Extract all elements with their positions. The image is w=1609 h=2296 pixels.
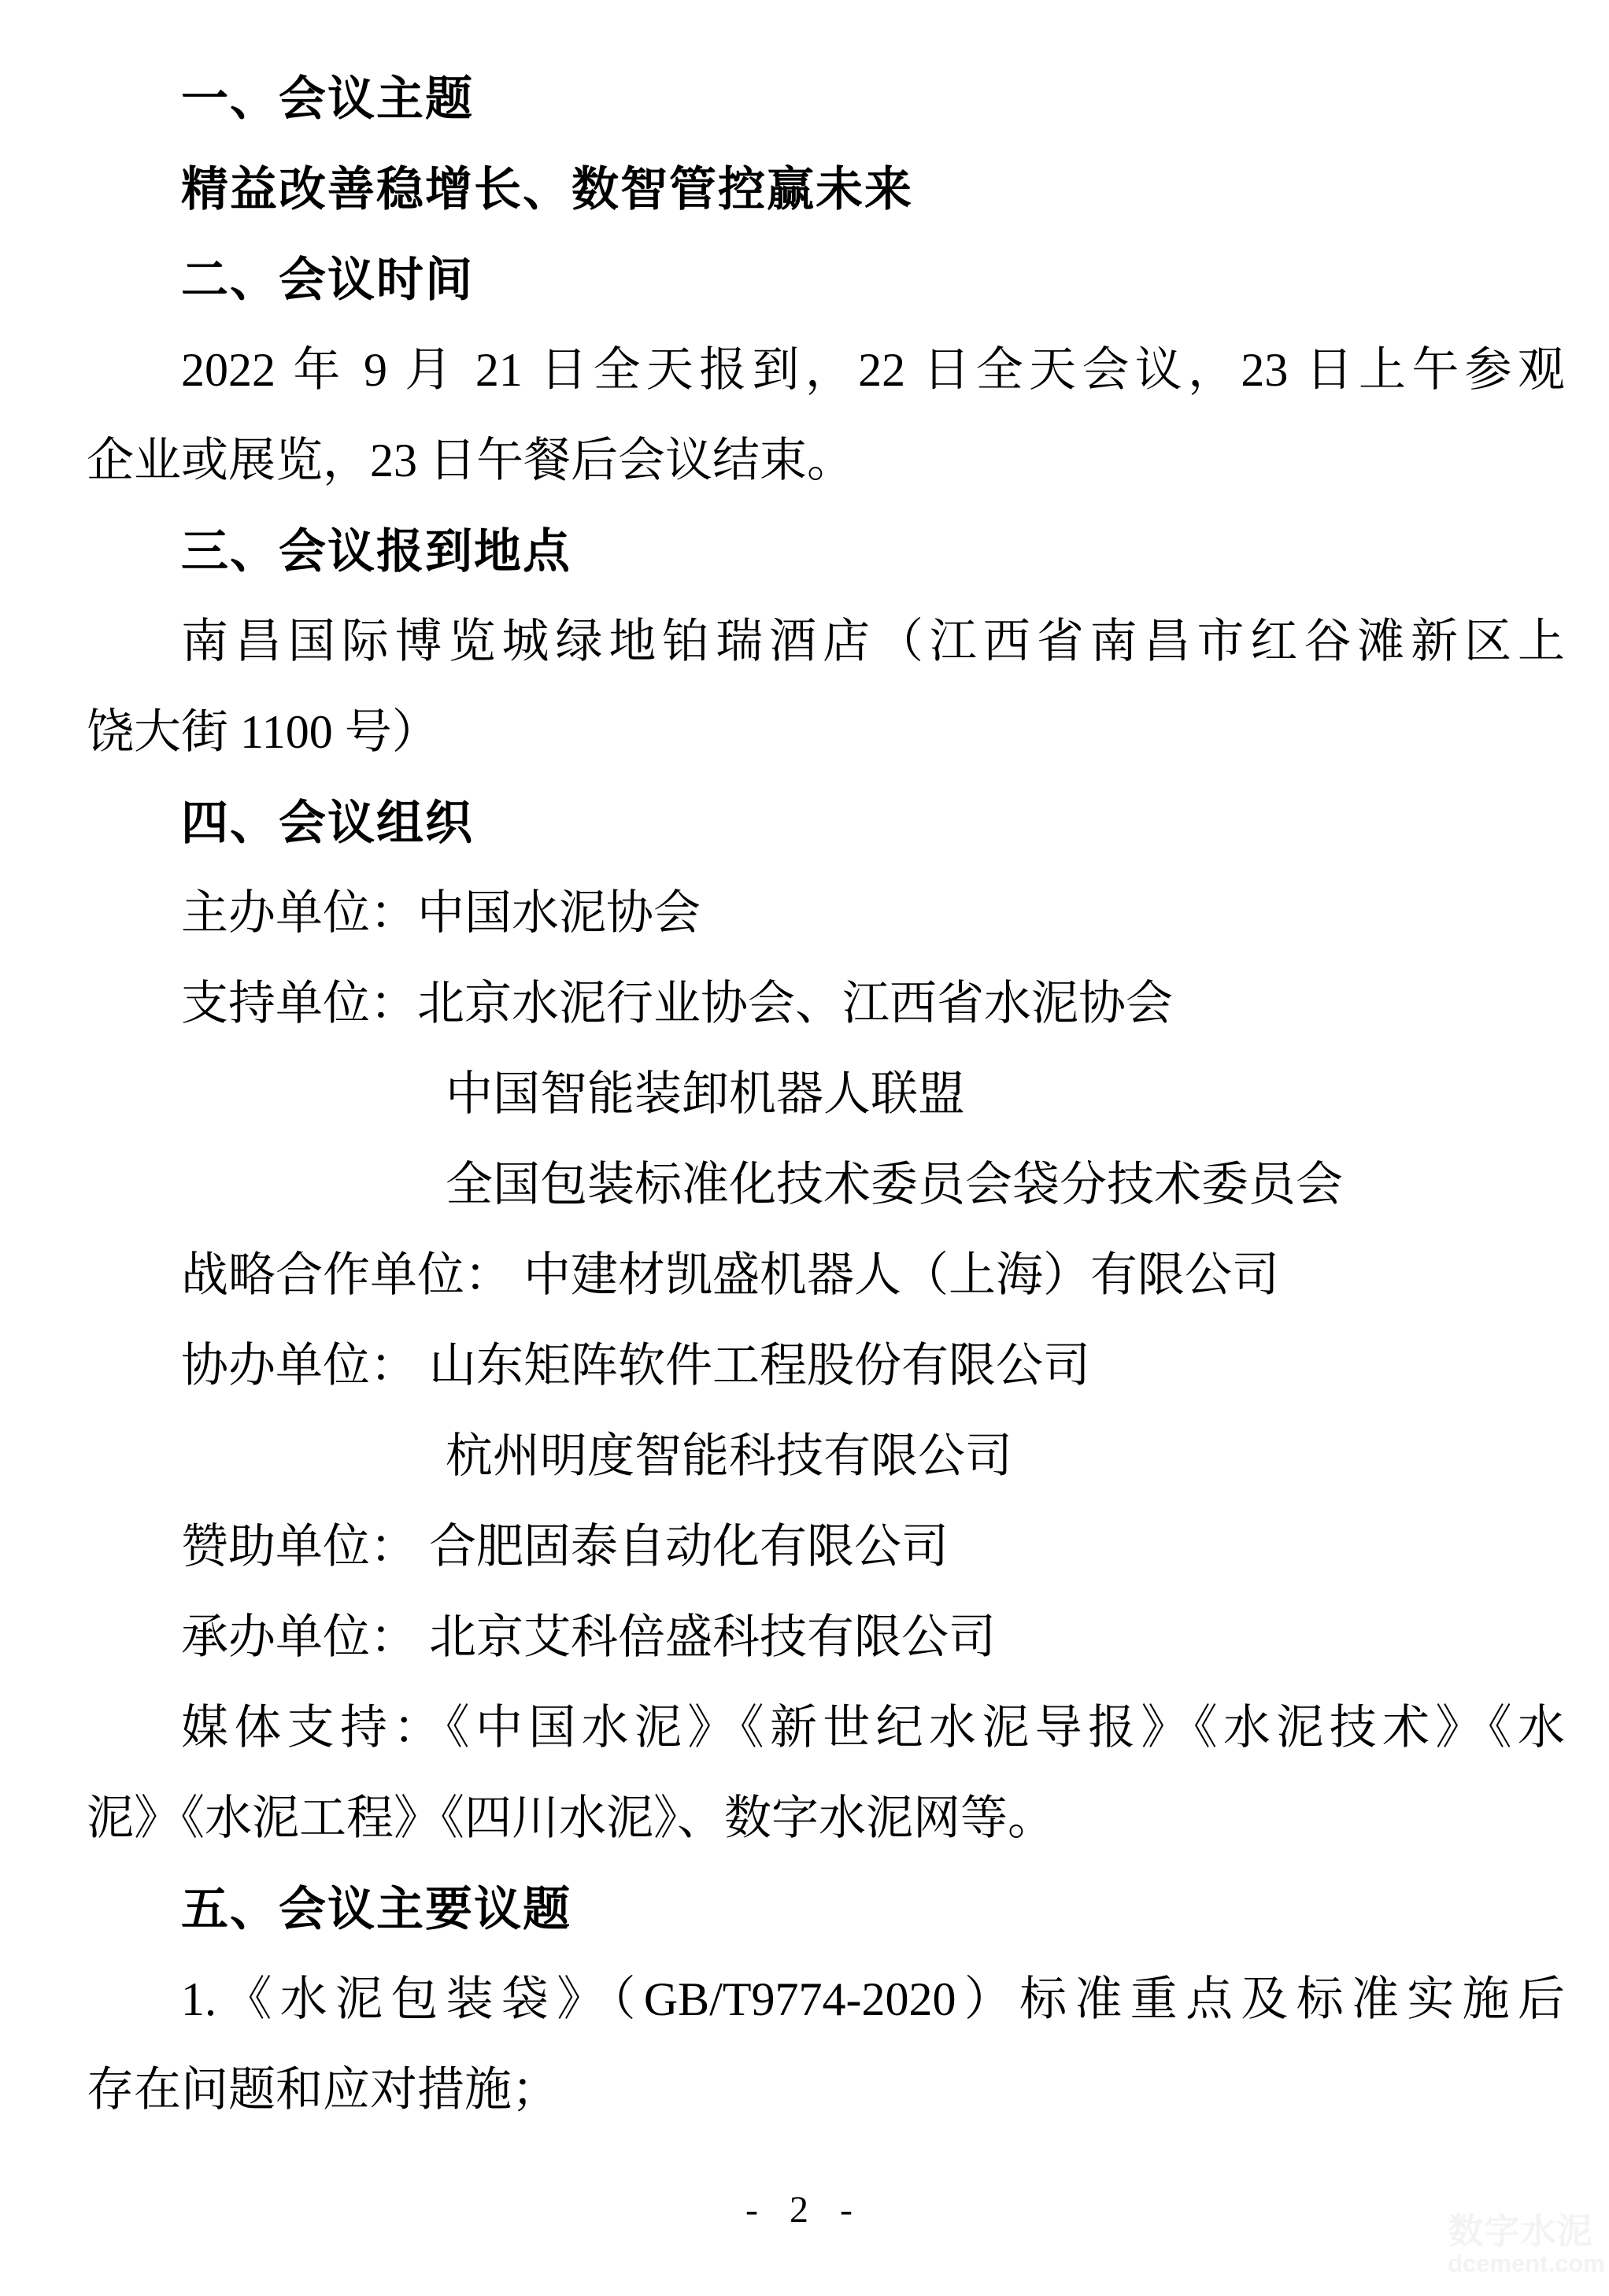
- section-heading: 五、会议主要议题: [87, 1864, 1565, 1954]
- page-number: - 2 -: [0, 2188, 1609, 2231]
- section-heading: 精益改善稳增长、数智管控赢未来: [87, 144, 1565, 235]
- body-text-line: 全国包装标准化技术委员会袋分技术委员会: [87, 1140, 1565, 1230]
- body-text-line: 泥》《水泥工程》《四川水泥》、数字水泥网等。: [87, 1773, 1565, 1864]
- watermark-domain-text: dcement.com: [1448, 2251, 1593, 2276]
- document-body: 一、会议主题精益改善稳增长、数智管控赢未来二、会议时间2022 年 9 月 21…: [87, 54, 1565, 2135]
- body-text-line: 杭州明度智能科技有限公司: [87, 1411, 1565, 1502]
- section-heading: 四、会议组织: [87, 778, 1565, 868]
- body-text-line: 中国智能装卸机器人联盟: [87, 1049, 1565, 1140]
- body-text-line: 媒体支持：《中国水泥》《新世纪水泥导报》《水泥技术》《水: [87, 1683, 1565, 1773]
- body-text-line: 战略合作单位： 中建材凯盛机器人（上海）有限公司: [87, 1230, 1565, 1321]
- document-page: 一、会议主题精益改善稳增长、数智管控赢未来二、会议时间2022 年 9 月 21…: [0, 0, 1609, 2296]
- section-heading: 三、会议报到地点: [87, 506, 1565, 597]
- watermark-logo-text: 数字水泥: [1448, 2212, 1593, 2251]
- watermark: 数字水泥 dcement.com: [1448, 2212, 1593, 2276]
- body-text-line: 主办单位：中国水泥协会: [87, 868, 1565, 959]
- section-heading: 一、会议主题: [87, 54, 1565, 144]
- body-text-line: 赞助单位： 合肥固泰自动化有限公司: [87, 1502, 1565, 1592]
- body-text-line: 南昌国际博览城绿地铂瑞酒店（江西省南昌市红谷滩新区上: [87, 597, 1565, 687]
- section-heading: 二、会议时间: [87, 235, 1565, 325]
- body-text-line: 1.《水泥包装袋》（GB/T9774-2020）标准重点及标准实施后: [87, 1954, 1565, 2045]
- body-text-line: 支持单位：北京水泥行业协会、江西省水泥协会: [87, 959, 1565, 1049]
- body-text-line: 存在问题和应对措施；: [87, 2045, 1565, 2135]
- body-text-line: 承办单位： 北京艾科倍盛科技有限公司: [87, 1592, 1565, 1683]
- body-text-line: 2022 年 9 月 21 日全天报到，22 日全天会议，23 日上午参观: [87, 325, 1565, 416]
- body-text-line: 企业或展览，23 日午餐后会议结束。: [87, 416, 1565, 506]
- body-text-line: 协办单位： 山东矩阵软件工程股份有限公司: [87, 1321, 1565, 1411]
- body-text-line: 饶大街 1100 号）: [87, 687, 1565, 778]
